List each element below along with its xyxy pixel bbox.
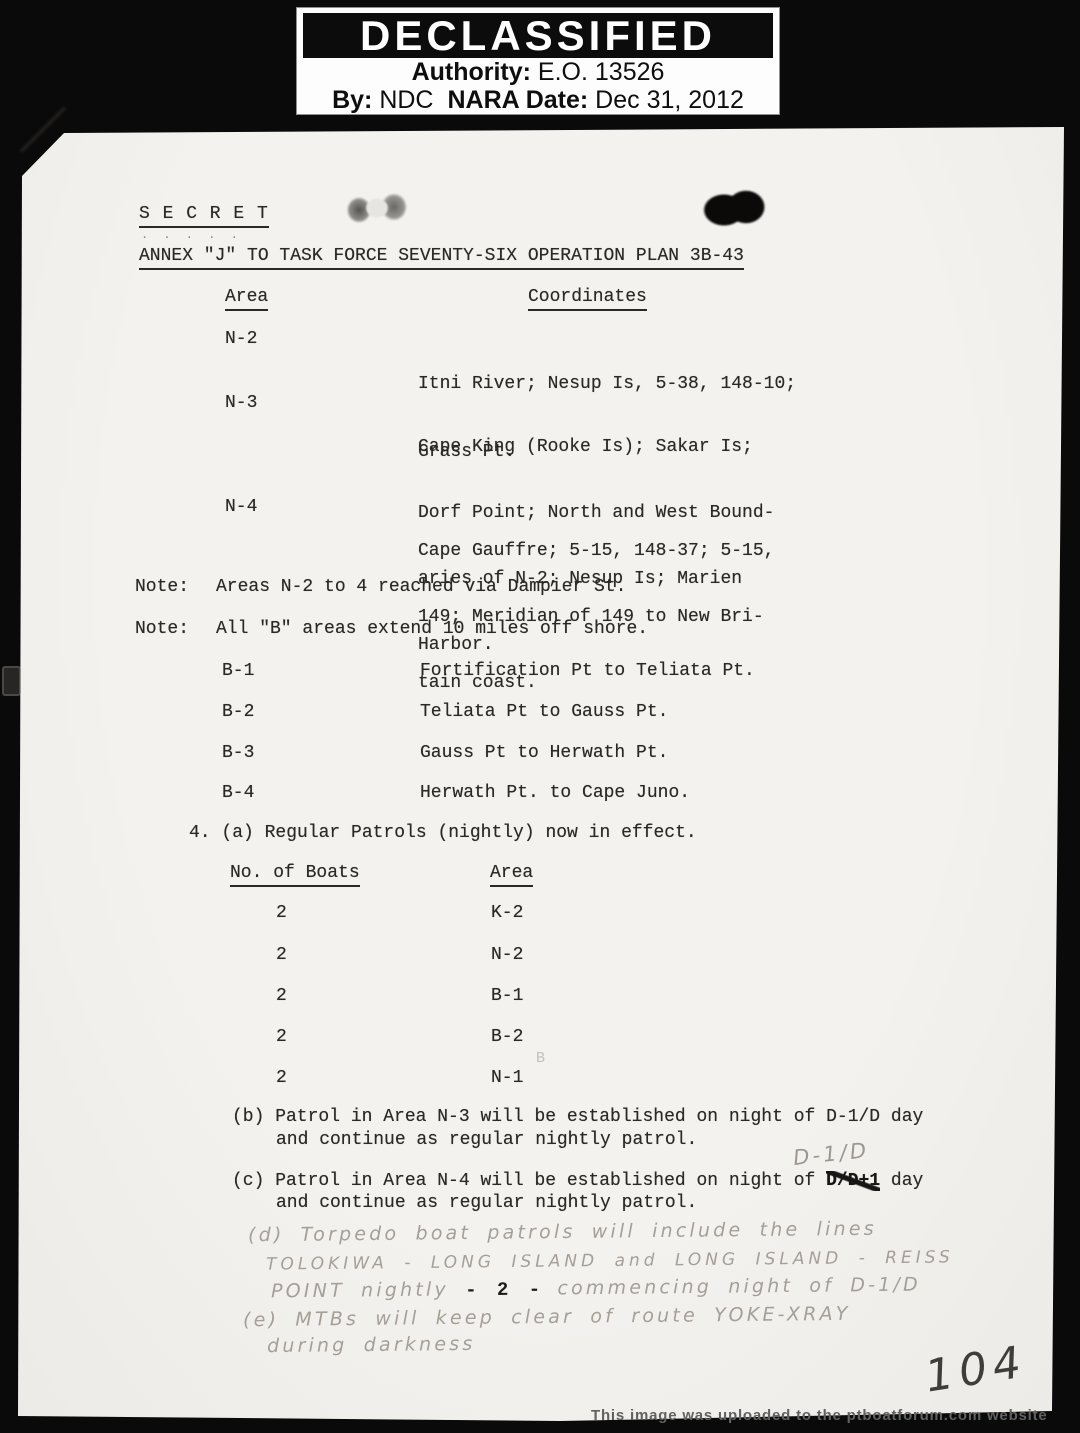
- area-label-n4: N-4: [225, 496, 257, 518]
- paragraph-b-line1: (b) Patrol in Area N-3 will be establish…: [232, 1106, 923, 1128]
- paragraph-b-line2: and continue as regular nightly patrol.: [276, 1129, 697, 1151]
- description-b3: Gauss Pt to Herwath Pt.: [420, 742, 668, 764]
- page-title: ANNEX "J" TO TASK FORCE SEVENTY-SIX OPER…: [139, 245, 744, 270]
- page-content: B S E C R E T . . . . . ANNEX "J" TO TAS…: [0, 0, 1080, 1433]
- faint-artifact-mark: B: [536, 1050, 545, 1067]
- area-label-n3: N-3: [225, 392, 257, 414]
- item4-regular-patrols: 4. (a) Regular Patrols (nightly) now in …: [189, 822, 697, 844]
- patrol-area-row1: K-2: [491, 902, 523, 924]
- patrol-area-column-header: Area: [490, 862, 533, 887]
- handwritten-e-line1: (e) MTBs will keep clear of route YOKE-X…: [243, 1303, 851, 1331]
- coordinates-column-header: Coordinates: [528, 286, 647, 311]
- boats-count-row2: 2: [276, 944, 287, 966]
- handwritten-e-line2: during darkness: [267, 1333, 476, 1357]
- area-label-b3: B-3: [222, 742, 254, 764]
- paragraph-c-line2: and continue as regular nightly patrol.: [276, 1192, 697, 1214]
- classification-secret: S E C R E T: [139, 203, 269, 228]
- description-b4: Herwath Pt. to Cape Juno.: [420, 782, 690, 804]
- boats-column-header: No. of Boats: [230, 862, 360, 887]
- handwritten-d-line2: TOLOKIWA - LONG ISLAND and LONG ISLAND -…: [266, 1247, 954, 1274]
- description-b1: Fortification Pt to Teliata Pt.: [420, 660, 755, 682]
- ink-blot-dark: [701, 186, 767, 232]
- paragraph-c-line1: (c) Patrol in Area N-4 will be establish…: [232, 1170, 923, 1192]
- note2-label: Note:: [135, 618, 189, 640]
- scanned-document-screenshot: DECLASSIFIED Authority: E.O. 13526 By: N…: [0, 0, 1080, 1433]
- note2-text: All "B" areas extend 10 miles off shore.: [216, 618, 648, 640]
- area-column-header: Area: [225, 286, 268, 311]
- handwritten-page-number: 104: [922, 1336, 1031, 1402]
- patrol-area-row5: N-1: [491, 1067, 523, 1089]
- paragraph-c-prefix: (c) Patrol in Area N-4 will be establish…: [232, 1171, 826, 1191]
- coordinates-n3-line1: Cape King (Rooke Is); Sakar Is;: [418, 436, 774, 458]
- patrol-area-row2: N-2: [491, 944, 523, 966]
- note1-text: Areas N-2 to 4 reached via Dampier St.: [216, 576, 626, 598]
- typed-page-number-2: - 2 -: [465, 1279, 541, 1302]
- patrol-area-row3: B-1: [491, 985, 523, 1007]
- boats-count-row4: 2: [276, 1026, 287, 1048]
- paragraph-c-struck-text: D/D+1: [826, 1171, 880, 1191]
- ink-smudge-light: [344, 186, 410, 232]
- boats-count-row1: 2: [276, 902, 287, 924]
- boats-count-row3: 2: [276, 985, 287, 1007]
- classification-dots: . . . . .: [141, 228, 242, 242]
- patrol-area-row4: B-2: [491, 1026, 523, 1048]
- coordinates-n4-line1: Cape Gauffre; 5-15, 148-37; 5-15,: [418, 540, 774, 562]
- handwritten-d-line3-suffix: commencing night of D-1/D: [541, 1274, 921, 1300]
- area-label-b1: B-1: [222, 660, 254, 682]
- handwritten-d-line1: (d) Torpedo boat patrols will include th…: [248, 1218, 877, 1247]
- boats-count-row5: 2: [276, 1067, 287, 1089]
- note1-label: Note:: [135, 576, 189, 598]
- handwritten-d-line3: POINT nightly - 2 - commencing night of …: [271, 1274, 921, 1304]
- description-b2: Teliata Pt to Gauss Pt.: [420, 701, 668, 723]
- pencil-correction-d1d: D-1/D: [792, 1138, 870, 1170]
- area-label-n2: N-2: [225, 328, 257, 350]
- area-label-b2: B-2: [222, 701, 254, 723]
- area-label-b4: B-4: [222, 782, 254, 804]
- paragraph-c-suffix: day: [880, 1171, 923, 1191]
- watermark-text: This image was uploaded to the ptboatfor…: [591, 1407, 1048, 1424]
- left-margin-smudge: [2, 666, 21, 696]
- handwritten-d-line3-prefix: POINT nightly: [271, 1278, 465, 1302]
